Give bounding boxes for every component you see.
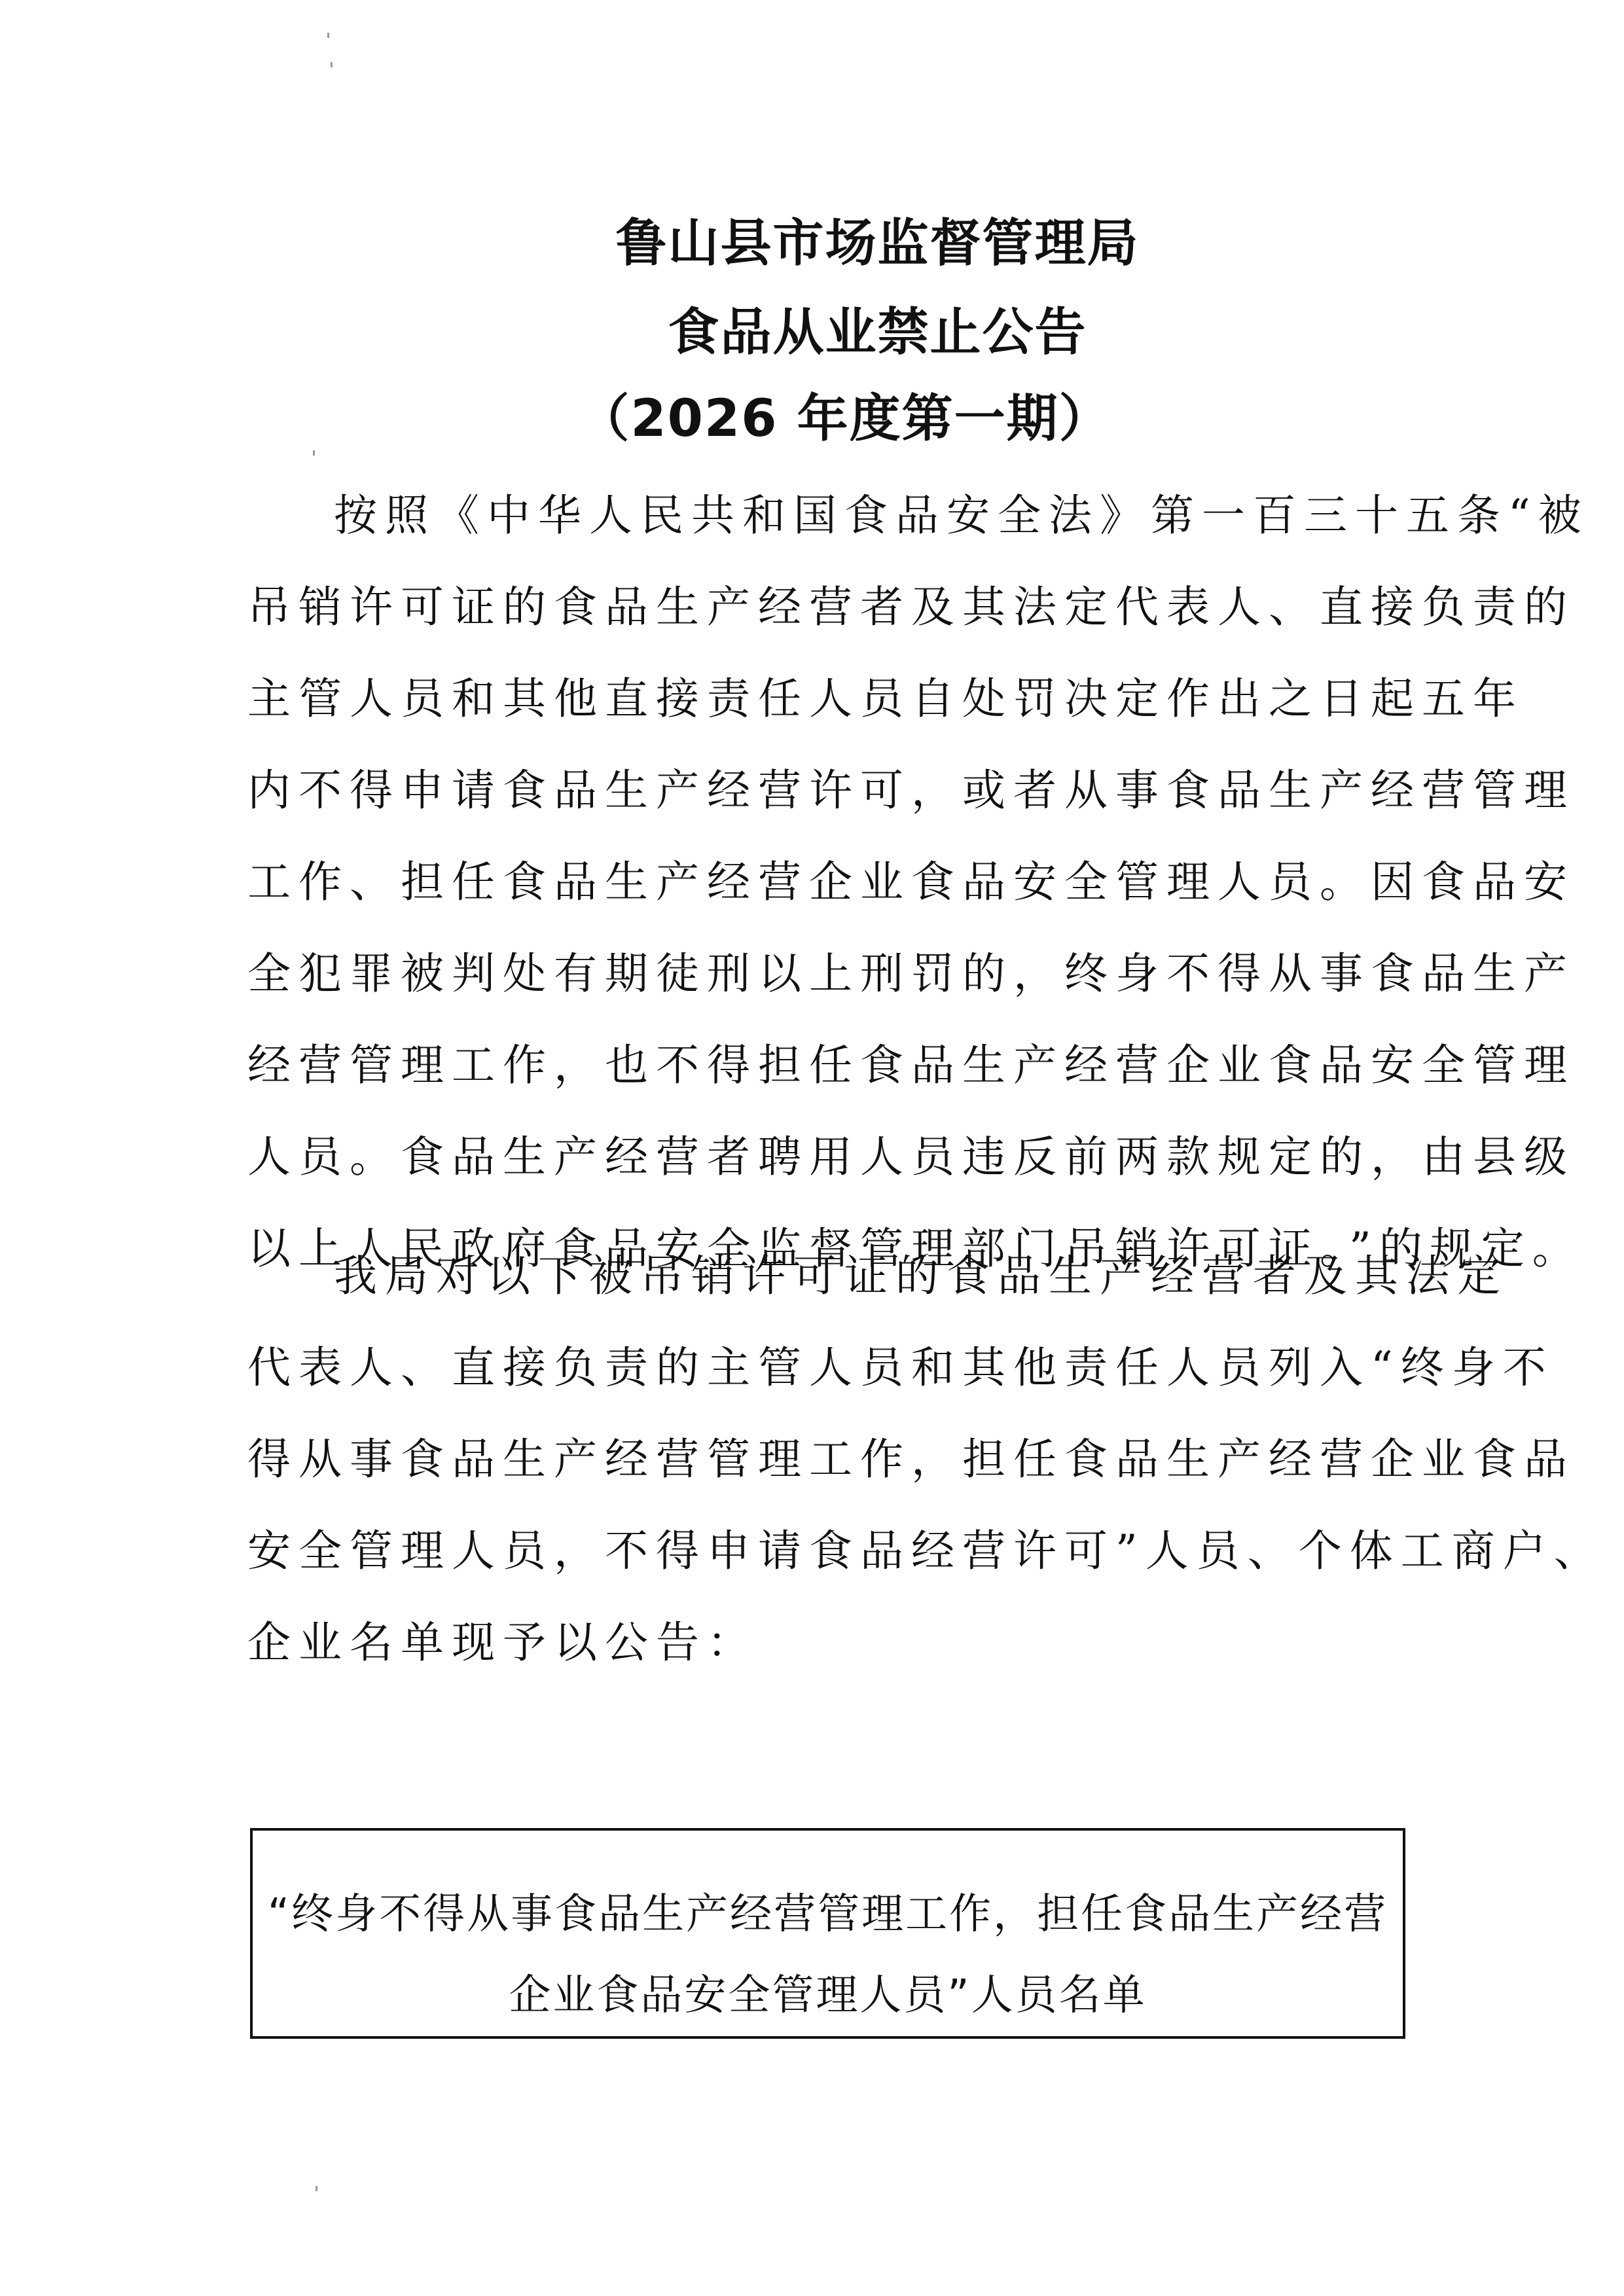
issuing-authority-title: 鲁山县市场监督管理局 [65, 211, 1624, 276]
paragraph-line: 安全管理人员，不得申请食品经营许可”人员、个体工商户、 [247, 1505, 1386, 1597]
list-heading-line: 企业食品安全管理人员”人员名单 [253, 1962, 1403, 2022]
list-heading-box: “终身不得从事食品生产经营管理工作，担任食品生产经营 企业食品安全管理人员”人员… [250, 1828, 1405, 2039]
paragraph-line: 我局对以下被吊销许可证的食品生产经营者及其法定 [247, 1230, 1386, 1322]
paragraph-line: 主管人员和其他直接责任人员自处罚决定作出之日起五年 [247, 653, 1386, 745]
scan-speck [313, 450, 315, 456]
notice-title: 食品从业禁止公告 [65, 300, 1624, 365]
paragraph-line: 按照《中华人民共和国食品安全法》第一百三十五条“被 [247, 470, 1386, 562]
paragraph-line: 全犯罪被判处有期徒刑以上刑罚的，终身不得从事食品生产 [247, 928, 1386, 1020]
scan-speck [316, 2186, 317, 2191]
scan-speck [331, 62, 333, 67]
paragraph-line: 经营管理工作，也不得担任食品生产经营企业食品安全管理 [247, 1020, 1386, 1111]
paragraph-line: 吊销许可证的食品生产经营者及其法定代表人、直接负责的 [247, 562, 1386, 653]
paragraph-line: 内不得申请食品生产经营许可，或者从事食品生产经营管理 [247, 745, 1386, 836]
scan-speck [327, 33, 329, 38]
list-heading-line: “终身不得从事食品生产经营管理工作，担任食品生产经营 [253, 1880, 1403, 1941]
legal-basis-paragraph: 按照《中华人民共和国食品安全法》第一百三十五条“被 吊销许可证的食品生产经营者及… [247, 470, 1386, 1295]
announcement-paragraph: 我局对以下被吊销许可证的食品生产经营者及其法定 代表人、直接负责的主管人员和其他… [247, 1230, 1386, 1689]
paragraph-line: 工作、担任食品生产经营企业食品安全管理人员。因食品安 [247, 836, 1386, 928]
paragraph-line: 代表人、直接负责的主管人员和其他责任人员列入“终身不 [247, 1322, 1386, 1414]
paragraph-line: 企业名单现予以公告： [247, 1597, 1386, 1689]
paragraph-line: 得从事食品生产经营管理工作，担任食品生产经营企业食品 [247, 1414, 1386, 1505]
paragraph-line: 人员。食品生产经营者聘用人员违反前两款规定的，由县级 [247, 1111, 1386, 1203]
notice-issue-number: （2026 年度第一期） [33, 386, 1624, 452]
